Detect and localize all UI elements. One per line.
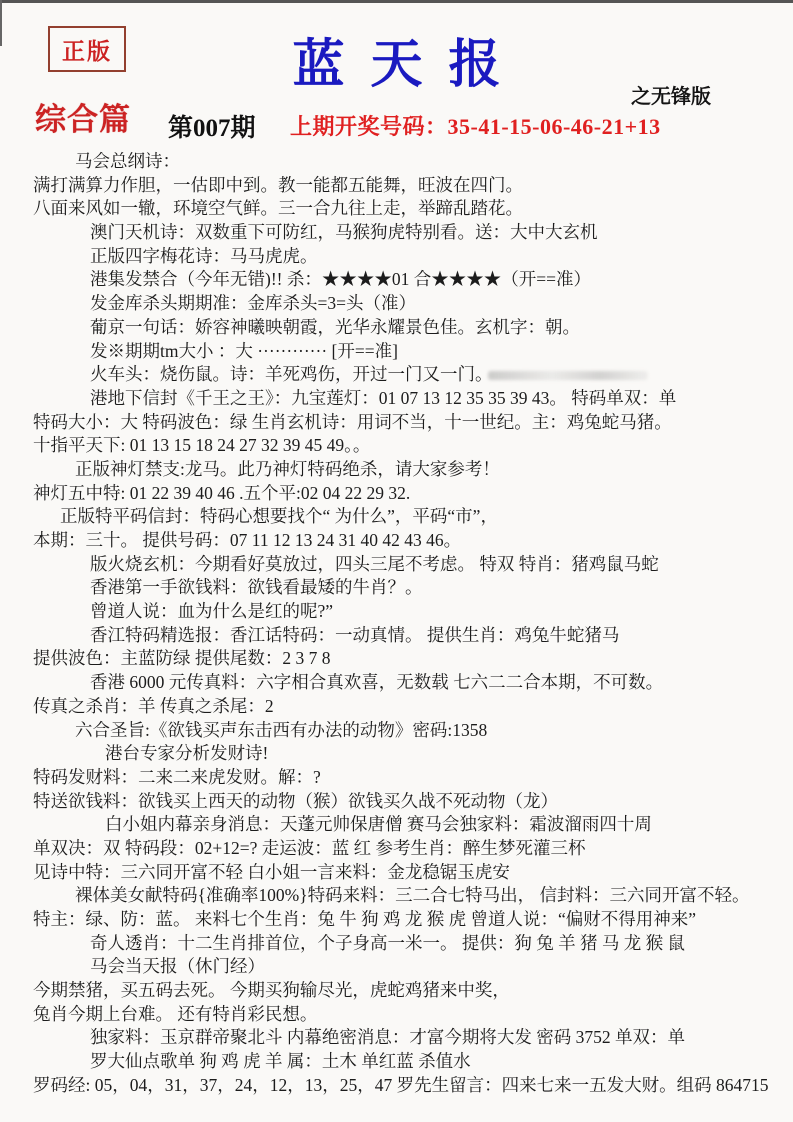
body-text: 马会总纲诗： 满打满算力作胆，一估即中到。教一能都五能舞，旺波在四门。 八面来风… bbox=[33, 150, 773, 1098]
edition-label: 之无锋版 bbox=[631, 80, 711, 109]
scan-edge-top bbox=[0, 0, 793, 3]
text-line: 香江特码精选报：香江话特码：一动真情。 提供生肖：鸡兔牛蛇猪马 bbox=[33, 624, 773, 648]
text-line: 白小姐内幕亲身消息：天蓬元帅保唐僧 赛马会独家料：霜波溜雨四十周 bbox=[33, 813, 773, 837]
text-line: 兔肖今期上台难。 还有特肖彩民想。 bbox=[33, 1003, 773, 1027]
text-line: 马会总纲诗： bbox=[33, 150, 773, 174]
text-line: 特主：绿、防：蓝。 来料七个生肖：兔 牛 狗 鸡 龙 猴 虎 曾道人说：“偏财不… bbox=[33, 908, 773, 932]
issue-number: 第007期 bbox=[168, 108, 256, 144]
text-line: 香港 6000 元传真料：六字相合真欢喜，无数载 七六二二合本期，不可数。 bbox=[33, 671, 773, 695]
scan-smudge-artifact bbox=[488, 371, 648, 380]
text-line: 裸体美女献特码{准确率100%}特码来料：三二合七特马出， 信封料：三六同开富不… bbox=[33, 884, 773, 908]
text-line: 满打满算力作胆，一估即中到。教一能都五能舞，旺波在四门。 bbox=[33, 174, 773, 198]
text-line: 今期禁猪，买五码去死。 今期买狗输尽光，虎蛇鸡猪来中奖， bbox=[33, 979, 773, 1003]
text-line: 单双决：双 特码段：02+12=? 走运波：蓝 红 参考生肖：醉生梦死灌三杯 bbox=[33, 837, 773, 861]
text-line: 罗码经: 05，04，31，37，24，12，13，25，47 罗先生留言：四来… bbox=[33, 1074, 773, 1098]
text-line: 提供波色：主蓝防绿 提供尾数：2 3 7 8 bbox=[33, 647, 773, 671]
text-line: 罗大仙点歌单 狗 鸡 虎 羊 属：土木 单红蓝 杀值水 bbox=[33, 1050, 773, 1074]
text-line: 葡京一句话：娇容神曦映朝霞，光华永耀景色佳。玄机字：朝。 bbox=[33, 316, 773, 340]
section-title: 综合篇 bbox=[35, 94, 131, 139]
text-line: 特送欲钱料：欲钱买上西天的动物（猴）欲钱买久战不死动物（龙） bbox=[33, 790, 773, 814]
text-line: 火车头：烧伤鼠。诗：羊死鸡伤，开过一门又一门。 bbox=[33, 363, 773, 387]
text-line: 正版特平码信封：特码心想要找个“ 为什么”，平码“市”， bbox=[33, 505, 773, 529]
text-line: 十指平天下: 01 13 15 18 24 27 32 39 45 49。。 bbox=[33, 434, 773, 458]
text-line: 见诗中特：三六同开富不轻 白小姐一言来料：金龙稳锯玉虎安 bbox=[33, 861, 773, 885]
text-line: 正版四字梅花诗：马马虎虎。 bbox=[33, 245, 773, 269]
text-line: 香港第一手欲钱料：欲钱看最矮的牛肖？。 bbox=[33, 576, 773, 600]
text-line: 马会当天报（休门经） bbox=[33, 955, 773, 979]
text-line: 澳门天机诗：双数重下可防红，马猴狗虎特别看。送：大中大玄机 bbox=[33, 221, 773, 245]
text-line: 发金库杀头期期准：金库杀头=3=头（准） bbox=[33, 292, 773, 316]
text-line: 神灯五中特: 01 22 39 40 46 .五个平:02 04 22 29 3… bbox=[33, 482, 773, 506]
text-line: 港台专家分析发财诗! bbox=[33, 742, 773, 766]
text-line: 奇人透肖：十二生肖排首位，个子身高一米一。 提供：狗 兔 羊 猪 马 龙 猴 鼠 bbox=[33, 932, 773, 956]
text-line: 港地下信封《千王之王》：九宝莲灯：01 07 13 12 35 35 39 43… bbox=[33, 387, 773, 411]
last-draw-numbers: 上期开奖号码：35-41-15-06-46-21+13 bbox=[290, 110, 661, 141]
text-line: 版火烧玄机：今期看好莫放过，四头三尾不考虑。 特双 特肖：猪鸡鼠马蛇 bbox=[33, 553, 773, 577]
text-line: 本期：三十。 提供号码：07 11 12 13 24 31 40 42 43 4… bbox=[33, 529, 773, 553]
text-line: 特码大小：大 特码波色：绿 生肖玄机诗：用词不当，十一世纪。主：鸡兔蛇马猪。 bbox=[33, 411, 773, 435]
text-line: 八面来风如一辙，环境空气鲜。三一合九往上走，举蹄乱踏花。 bbox=[33, 197, 773, 221]
text-line: 传真之杀肖：羊 传真之杀尾：2 bbox=[33, 695, 773, 719]
text-line: 正版神灯禁支:龙马。此乃神灯特码绝杀，请大家参考！ bbox=[33, 458, 773, 482]
text-line: 发※期期tm大小 ：大 ············ [开==准] bbox=[33, 340, 773, 364]
text-line: 曾道人说：血为什么是红的呢?” bbox=[33, 600, 773, 624]
newspaper-page: 正版 蓝天报 之无锋版 综合篇 第007期 上期开奖号码：35-41-15-06… bbox=[0, 0, 793, 1122]
text-line: 港集发禁合（今年无错)!! 杀：★★★★01 合★★★★（开==准） bbox=[33, 268, 773, 292]
text-line: 特码发财料：二来二来虎发财。解：? bbox=[33, 766, 773, 790]
text-line: 独家料：玉京群帝聚北斗 内幕绝密消息：才富今期将大发 密码 3752 单双：单 bbox=[33, 1026, 773, 1050]
text-line: 六合圣旨:《欲钱买声东击西有办法的动物》密码:1358 bbox=[33, 719, 773, 743]
